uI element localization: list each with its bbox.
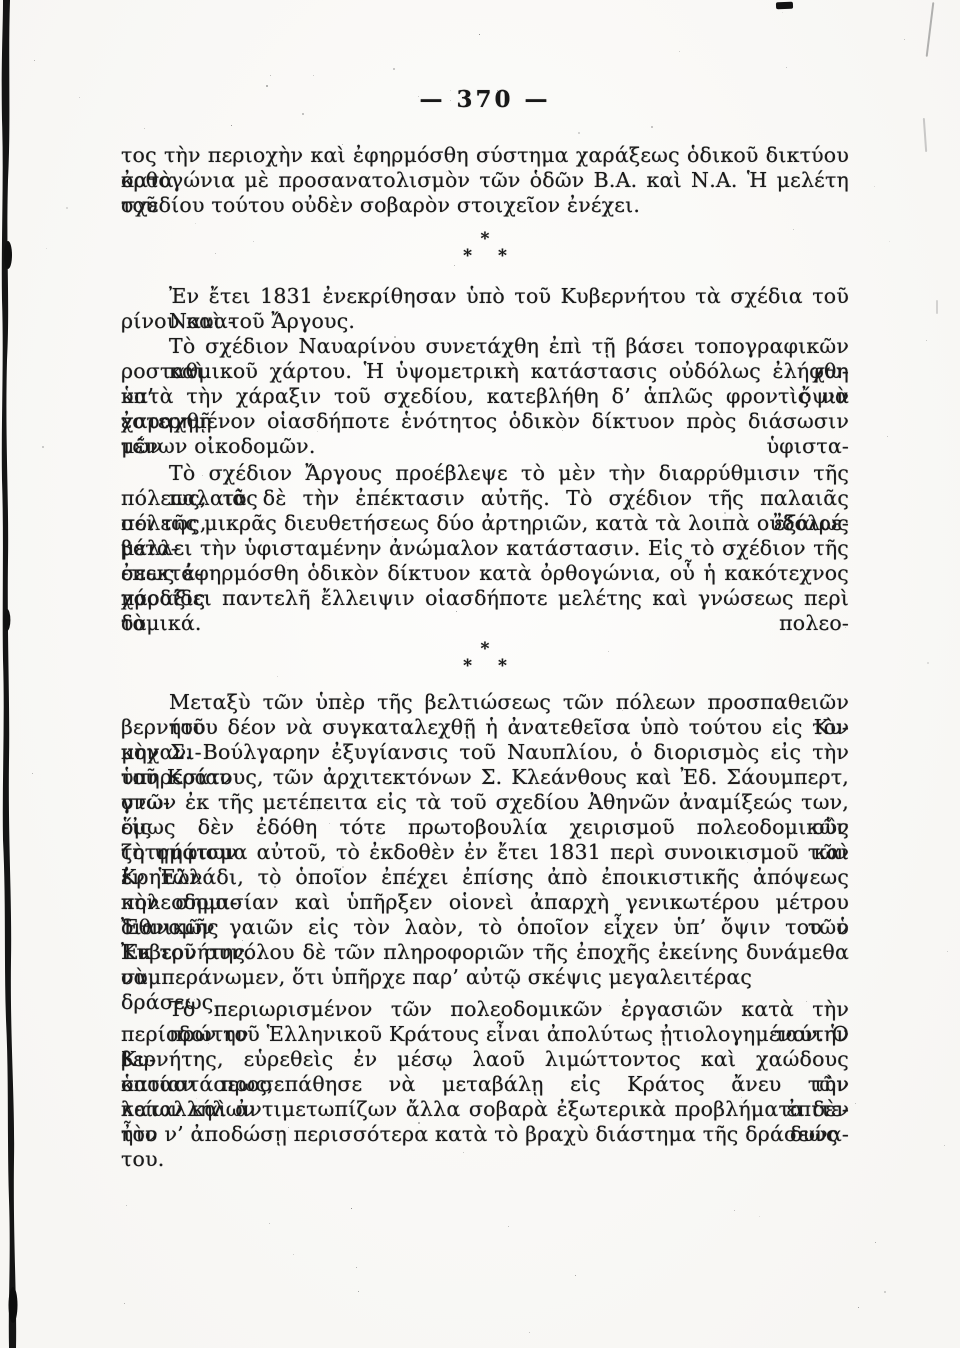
text-line: λείων καὶ ἀντιμετωπίζων ἄλλα σοβαρὰ ἐξωτ… — [121, 1097, 849, 1122]
text-line: τὸν ν’ ἀποδώσῃ περισσότερα κατὰ τὸ βραχὺ… — [121, 1122, 849, 1147]
text-line: συμπεράνωμεν, ὅτι ὑπῆρχε παρ’ αὐτῷ σκέψι… — [121, 965, 849, 990]
noise-dot — [904, 39, 905, 40]
noise-dot — [42, 446, 44, 448]
asterisk-pair: * * — [121, 658, 849, 675]
text-line: βάλλει τὴν ὑφισταμένην ἀνώμαλον κατάστασ… — [121, 536, 849, 561]
noise-dot — [144, 128, 145, 129]
text-line: σεως ἐφηρμόσθη ὁδικὸν δίκτυον κατὰ ὀρθογ… — [121, 561, 849, 586]
text-line: κὴν σημασίαν καὶ ὑπῆρξεν οἱονεὶ ἀπαρχὴ γ… — [121, 890, 849, 915]
paragraph: Μεταξὺ τῶν ὑπὲρ τῆς βελτιώσεως τῶν πόλεω… — [121, 690, 849, 990]
binding-edge-artifact — [0, 0, 30, 1348]
noise-dot — [858, 1307, 859, 1308]
scan-mark-dash — [776, 2, 793, 10]
noise-dot — [875, 1242, 876, 1243]
body-text: τος τὴν περιοχὴν καὶ ἐφηρμόσθη σύστημα χ… — [121, 143, 849, 1147]
text-line: ροσταθμικοῦ χάρτου. Ἡ ὑψομετρικὴ κατάστα… — [121, 359, 849, 384]
noise-dot — [782, 12, 783, 13]
text-line: Τὸ σχέδιον Ναυαρίνου συνετάχθη ἐπὶ τῇ βά… — [121, 334, 849, 359]
section-separator: ** * — [121, 231, 849, 271]
paragraph: Τὸ περιωρισμένον τῶν πολεοδομικῶν ἐργασι… — [121, 997, 849, 1147]
noise-dot — [293, 1254, 294, 1255]
noise-dot — [786, 67, 787, 68]
noise-dot — [884, 1291, 886, 1293]
noise-dot — [270, 75, 271, 76]
noise-dot — [734, 1210, 735, 1211]
paragraph: Τὸ σχέδιον Ἄργους προέβλεψε τὸ μὲν τὴν δ… — [121, 461, 849, 636]
text-line: κὸν Σ. Βούλγαρην ἐξυγίανσις τοῦ Ναυπλίου… — [121, 740, 849, 765]
text-line: Ἐν ἔτει 1831 ἐνεκρίθησαν ὑπὸ τοῦ Κυβερνή… — [121, 284, 849, 309]
noise-dot — [79, 97, 80, 98]
text-line: ἐστερημένον οἱασδήποτε ἑνότητος ὁδικὸν δ… — [121, 409, 849, 434]
noise-dot — [351, 1208, 352, 1209]
text-line: ὁποίαν προσεπάθησε νὰ μεταβάλῃ εἰς Κράτο… — [121, 1072, 849, 1097]
section-separator: ** * — [121, 641, 849, 681]
text-line: τος τὴν περιοχὴν καὶ ἐφηρμόσθη σύστημα χ… — [121, 143, 849, 168]
noise-dot — [34, 60, 35, 61]
noise-dot — [759, 1216, 760, 1217]
text-line: προδίδει παντελῆ ἔλλειψιν οἱασδήποτε μελ… — [121, 586, 849, 611]
noise-dot — [124, 1303, 125, 1304]
paragraph: Ἐν ἔτει 1831 ἐνεκρίθησαν ὑπὸ τοῦ Κυβερνή… — [121, 284, 849, 334]
noise-dot — [66, 207, 68, 209]
noise-dot — [231, 125, 232, 126]
text-line: ὅμως δὲν ἐδόθη τότε πρωτοβουλία χειρισμο… — [121, 815, 849, 840]
noise-dot — [302, 113, 304, 115]
page-number: — 370 — — [121, 86, 849, 113]
noise-dot — [874, 186, 875, 187]
noise-dot — [356, 1267, 357, 1268]
noise-dot — [393, 68, 395, 70]
text-line: πόλεως, τὸ δὲ τὴν ἐπέκτασιν αὐτῆς. Τὸ σχ… — [121, 486, 849, 511]
noise-dot — [313, 75, 314, 76]
text-line: τὸ ψήφισμα αὐτοῦ, τὸ ἐκδοθὲν ἐν ἔτει 183… — [121, 840, 849, 865]
text-line: στῶν ἐκ τῆς μετέπειτα εἰς τὰ τοῦ σχεδίου… — [121, 790, 849, 815]
noise-dot — [358, 1291, 359, 1292]
noise-dot — [927, 662, 929, 664]
noise-dot — [578, 132, 580, 134]
text-line: Μεταξὺ τῶν ὑπὲρ τῆς βελτιώσεως τῶν πόλεω… — [121, 690, 849, 715]
noise-dot — [529, 1332, 530, 1333]
text-line: Ἐκ τοῦ συνόλου δὲ τῶν πληροφοριῶν τῆς ἐπ… — [121, 940, 849, 965]
noise-dot — [947, 951, 948, 952]
paragraph: τος τὴν περιοχὴν καὶ ἐφηρμόσθη σύστημα χ… — [121, 143, 849, 218]
noise-dot — [32, 773, 33, 774]
text-line: σχεδίου τούτου οὐδὲν σοβαρὸν στοιχεῖον ἐ… — [121, 193, 849, 218]
noise-dot — [889, 241, 890, 242]
text-line: ρίνου καὶ τοῦ Ἄργους. — [121, 309, 849, 334]
noise-dot — [508, 1226, 509, 1227]
text-line: βερνήτης, εὑρεθεὶς ἐν μέσῳ λαοῦ λιμώττον… — [121, 1047, 849, 1072]
noise-dot — [944, 1145, 945, 1146]
text-line: Ἐθνικῶν γαιῶν εἰς τὸν λαὸν, τὸ ὁποῖον εἶ… — [121, 915, 849, 940]
noise-dot — [926, 340, 927, 341]
noise-dot — [651, 126, 653, 128]
text-line: Τὸ σχέδιον Ἄργους προέβλεψε τὸ μὲν τὴν δ… — [121, 461, 849, 486]
scanned-page: — 370 — τος τὴν περιοχὴν καὶ ἐφηρμόσθη σ… — [0, 0, 960, 1348]
noise-dot — [575, 1275, 576, 1276]
paragraph: Τὸ σχέδιον Ναυαρίνου συνετάχθη ἐπὶ τῇ βά… — [121, 334, 849, 459]
asterisk-pair: * * — [121, 248, 849, 265]
noise-dot — [126, 1205, 127, 1206]
text-line: ὀρθογώνια μὲ προσανατολισμὸν τῶν ὁδῶν Β.… — [121, 168, 849, 193]
text-line: βερνήτου δέον νὰ συγκαταλεχθῇ ἡ ἀνατεθεῖ… — [121, 715, 849, 740]
scan-mark-right-mid — [936, 300, 938, 314]
text-line: τοῦ Κράτους, τῶν ἀρχιτεκτόνων Σ. Κλεάνθο… — [121, 765, 849, 790]
noise-dot — [463, 1152, 464, 1153]
text-line: περίοδον τοῦ Ἑλληνικοῦ Κράτους εἶναι ἀπο… — [121, 1022, 849, 1047]
text-line: Τὸ περιωρισμένον τῶν πολεοδομικῶν ἐργασι… — [121, 997, 849, 1022]
scan-mark-right-upper — [923, 118, 927, 152]
noise-dot — [479, 34, 480, 35]
scan-mark-right-top — [926, 2, 935, 57]
noise-dot — [887, 436, 888, 437]
noise-dot — [46, 248, 47, 249]
text-line: κατὰ τὴν χάραξιν τοῦ σχεδίου, κατεβλήθη … — [121, 384, 849, 409]
noise-dot — [855, 1103, 856, 1104]
noise-dot — [679, 51, 680, 52]
text-line: σει τῆς μικρᾶς διευθετήσεως δύο ἀρτηριῶν… — [121, 511, 849, 536]
noise-dot — [269, 1223, 270, 1224]
text-line: ἐν Ἑλλάδι, τὸ ὁποῖον ἐπέχει ἐπίσης ἀπὸ ἐ… — [121, 865, 849, 890]
